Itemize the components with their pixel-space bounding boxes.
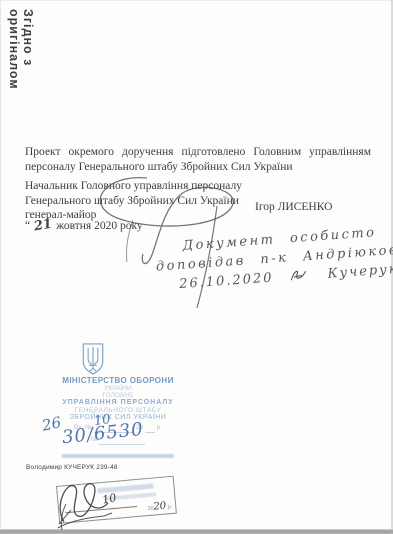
stamp-org-line6: ЗБРОЙНИХ СИЛ УКРАЇНИ [44, 414, 192, 422]
executor-contact-line: Володимир КУЧЕРУК 239-48 [26, 464, 118, 471]
body-paragraph-line1: Проект окремого доручення підготовлено Г… [25, 145, 371, 160]
date-open-quote: “ [25, 220, 30, 232]
bottom-stamp-handwritten-year: 20 [153, 500, 167, 512]
note-signature-name: Кучерук [327, 262, 393, 282]
stamp-org-line4: УПРАВЛІННЯ ПЕРСОНАЛУ [44, 399, 192, 407]
stamp-org-line5: ГЕНЕРАЛЬНОГО ШТАБУ [44, 407, 192, 414]
scan-edge-left [0, 0, 1, 534]
ukraine-trident-icon [80, 342, 106, 375]
note-signature-flourish-icon [287, 267, 308, 282]
handwritten-day: 21 [33, 217, 53, 235]
stamp-address-line [62, 454, 174, 458]
stamp-org-line3: ГОЛОВНЕ [44, 392, 192, 399]
stamp-org-lines: МІНІСТЕРСТВО ОБОРОНИ УКРАЇНИ ГОЛОВНЕ УПР… [44, 377, 192, 463]
stamp-org-line1: МІНІСТЕРСТВО ОБОРОНИ [44, 377, 192, 385]
stamp-year-blank [145, 426, 155, 433]
signer-name: Ігор ЛИСЕНКО [255, 201, 332, 213]
bottom-stamp-year-row: 2020 р. [147, 500, 173, 513]
bottom-stamp-signature-scribble [50, 476, 126, 534]
note-date: 26.10.2020 [179, 271, 274, 293]
stamp-in-year-suffix: р. [157, 424, 162, 431]
scan-edge-top [0, 0, 393, 1]
bottom-stamp-year-suffix: р. [168, 504, 173, 510]
certified-copy-stamp: Згідно з оригіналом [7, 9, 35, 151]
scanned-document-page: Згідно з оригіналом Проект окремого дору… [0, 0, 393, 534]
stamp-org-line2: УКРАЇНИ [44, 385, 192, 392]
